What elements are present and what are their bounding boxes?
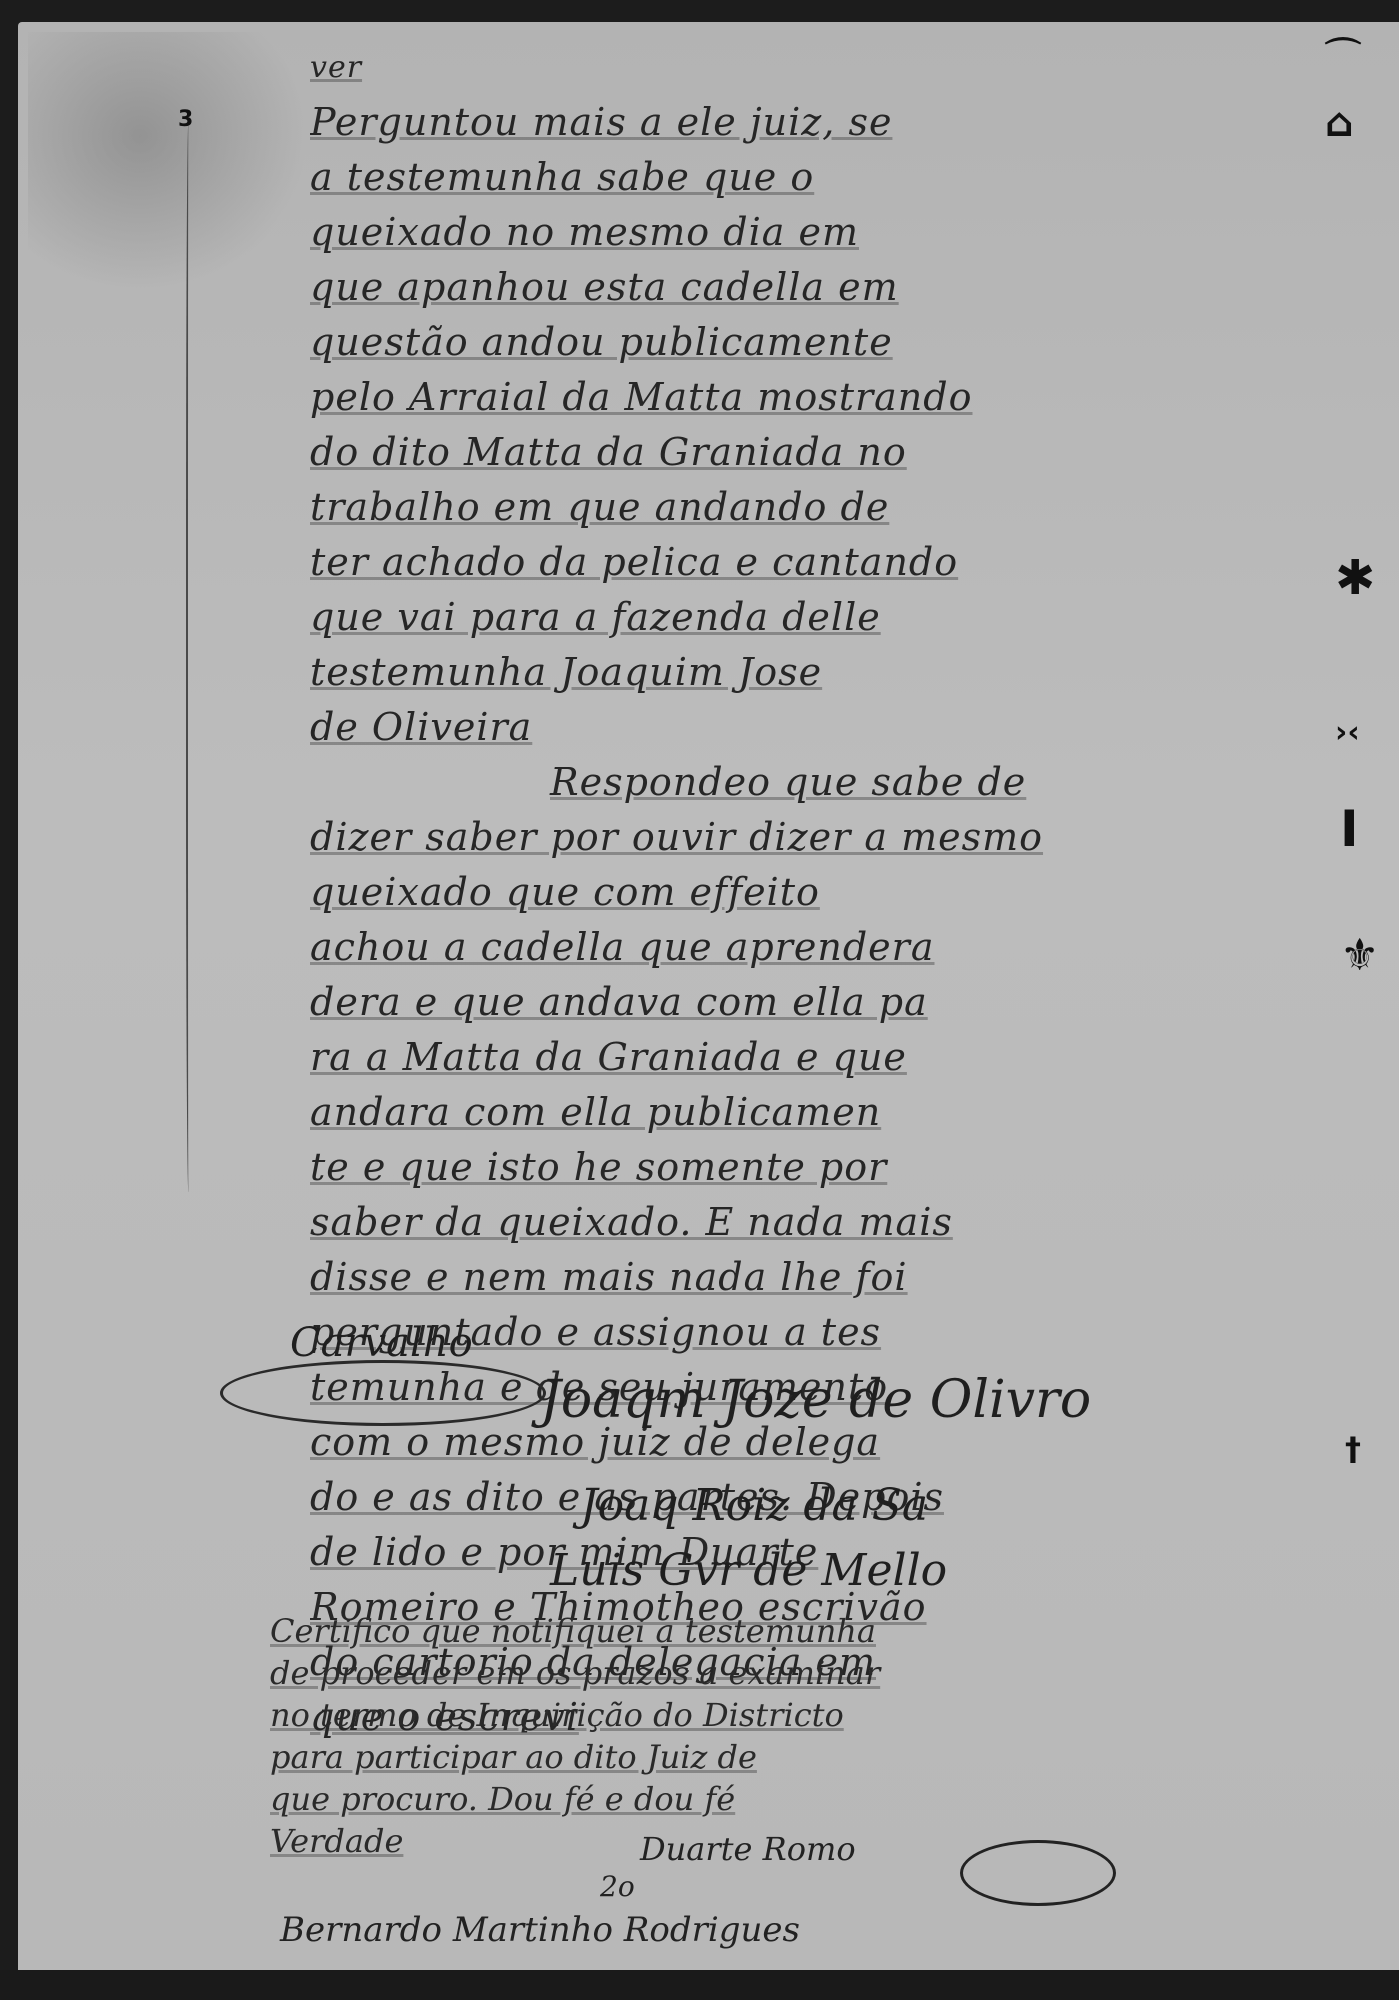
certification-line: de proceder em os prazos a examinar	[270, 1652, 1150, 1694]
response-line: te e que isto he somente por	[310, 1140, 1090, 1195]
bird-ornament-icon: ⌒	[1325, 28, 1361, 79]
page-marker: ver	[310, 40, 1090, 95]
signature-scribe: Duarte Romo	[640, 1830, 856, 1868]
response-line: andara com ella publicamen	[310, 1085, 1090, 1140]
margin-mark: 3	[178, 107, 193, 132]
body-line: que apanhou esta cadella em	[310, 260, 1090, 315]
body-line: Perguntou mais a ele juiz, se	[310, 95, 1090, 150]
response-line: dizer saber por ouvir dizer a mesmo	[310, 810, 1090, 865]
t-ornament-icon: I	[1340, 800, 1359, 858]
body-line: pelo Arraial da Matta mostrando	[310, 370, 1090, 425]
ordinal-mark: 2o	[600, 1870, 635, 1903]
water-stain	[28, 32, 308, 292]
response-line: ra a Matta da Graniada e que	[310, 1030, 1090, 1085]
cross-ornament-icon: †	[1345, 1430, 1361, 1468]
margin-rule	[186, 122, 192, 1192]
body-line: a testemunha sabe que o	[310, 150, 1090, 205]
body-line: que vai para a fazenda delle	[310, 590, 1090, 645]
certification-line: no termo de Inquirição do Districto	[270, 1694, 1150, 1736]
response-line: disse e nem mais nada lhe foi	[310, 1250, 1090, 1305]
body-line: questão andou publicamente	[310, 315, 1090, 370]
body-line: do dito Matta da Graniada no	[310, 425, 1090, 480]
response-line: Respondeo que sabe de	[310, 755, 1090, 810]
certification-line: para participar ao dito Juiz de	[270, 1736, 1150, 1778]
certification-text: Certifico que notifiquei a testemunha de…	[270, 1610, 1150, 1862]
signature-luis-de-mello: Luis Gvr de Mello	[550, 1545, 947, 1596]
signature-joaquim-jose-de-oliveira: Joaqm Joze de Olivro	[540, 1370, 1091, 1430]
certification-line: que procuro. Dou fé e dou fé	[270, 1778, 1150, 1820]
fleur-ornament-icon: ⚜	[1340, 930, 1379, 981]
body-line: queixado no mesmo dia em	[310, 205, 1090, 260]
response-line: saber da queixado. E nada mais	[310, 1195, 1090, 1250]
signature-flourish	[960, 1840, 1116, 1906]
body-line: ter achado da pelica e cantando	[310, 535, 1090, 590]
certification-line: Certifico que notifiquei a testemunha	[270, 1610, 1150, 1652]
body-line: de Oliveira	[310, 700, 1090, 755]
response-line: achou a cadella que aprendera	[310, 920, 1090, 975]
crown-ornament-icon: ⌂	[1325, 100, 1354, 146]
body-line: testemunha Joaquim Jose	[310, 645, 1090, 700]
signature-carvalho: Carvalho	[290, 1320, 473, 1366]
signature-last: Bernardo Martinho Rodrigues	[280, 1910, 800, 1950]
star-ornament-icon: ✱	[1335, 550, 1375, 606]
signature-flourish	[220, 1360, 546, 1426]
body-line: trabalho em que andando de	[310, 480, 1090, 535]
page-bottom-edge	[0, 1970, 1399, 2000]
response-line: dera e que andava com ella pa	[310, 975, 1090, 1030]
signature-joao-rodrigues-da-sa: Joaq Roiz da Sa	[580, 1480, 928, 1531]
response-line: queixado que com effeito	[310, 865, 1090, 920]
bracket-ornament-icon: ›‹	[1335, 715, 1360, 750]
